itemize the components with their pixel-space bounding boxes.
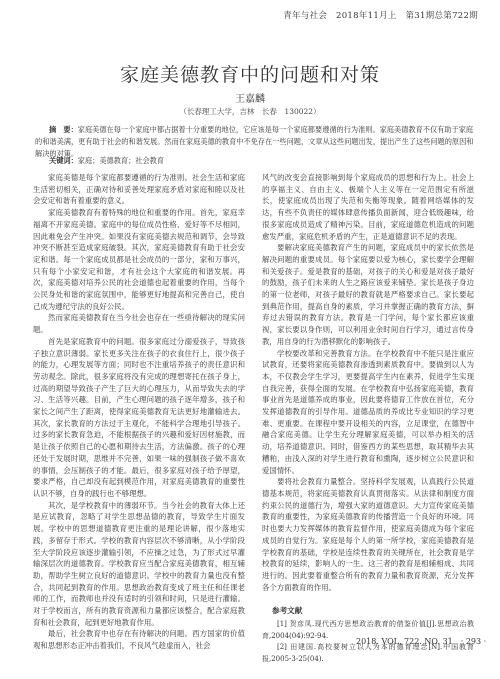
paragraph: 要解决家庭美德教育产生的问题，家庭成员中的家长依然是解决问题的重要成员。每个家庭… (262, 242, 474, 347)
paragraph: 要将社会教育力量整合。坚持科学发展观，认真践行公民道德基本规范，将家庭美德教育认… (262, 476, 474, 593)
paragraph: 风气的改变会直接影响到每个家庭成员的思想和行为上。社会上的享福主义、自由主义、极… (262, 172, 474, 242)
abstract: 摘 要：家庭美德在每一个家庭中都占据着十分重要的地位，它应该是每一个家庭都要遵循… (35, 124, 475, 160)
left-column: 家庭美德是每个家庭都要遵循的行为准则。社会生活和家庭生活密切相关，正确对待和妥善… (33, 172, 245, 652)
keywords: 关键词：家庭；美德教育；社会教育 (49, 156, 164, 166)
author-affiliation: （长春理工大学，吉林 长春 130022） (0, 106, 500, 117)
paragraph: 其次，是学校教育中的薄弱环节。当今社会的教育大体上还是应试教育，忽略了对学生思想… (33, 500, 245, 629)
paragraph: 最后，社会教育中也存在有待解决的问题。西方国家的价值观和思想形态正冲击着我们，不… (33, 628, 245, 651)
paragraph: 然而家庭美德教育在当今社会也存在一些亟待解决的现实问题。 (33, 312, 245, 335)
paragraph: 家庭美德教育有着特殊的地位和重要的作用。首先，家庭幸福离不开家庭美德。家庭中的每… (33, 207, 245, 312)
running-head: 青年与社会 2018年11月上 第31期总第722期 (283, 9, 478, 21)
keywords-label: 关键词： (49, 156, 78, 165)
page-footer: 2018. VOL. 722. NO. 31 · 293 · (356, 636, 486, 647)
abstract-text: 家庭美德在每一个家庭中都占据着十分重要的地位，它应该是每一个家庭都要遵循的行为准… (35, 125, 473, 158)
article-title: 家庭美德教育中的问题和对策 (0, 60, 500, 87)
paragraph: 首先是家庭教育中的问题。很多家庭过分溺爱孩子，导致孩子独立意识薄弱。家长更多关注… (33, 336, 245, 500)
keywords-text: 家庭；美德教育；社会教育 (78, 156, 164, 165)
paragraph: 学校要改革和完善教育方法。在学校教育中不能只是注重应试教育，还要将家庭美德教育渗… (262, 348, 474, 477)
right-column: 风气的改变会直接影响到每个家庭成员的思想和行为上。社会上的享福主义、自由主义、极… (262, 172, 474, 665)
references-heading: 参考文献 (272, 605, 474, 617)
abstract-label: 摘 要： (49, 125, 78, 134)
paragraph: 家庭美德是每个家庭都要遵循的行为准则。社会生活和家庭生活密切相关，正确对待和妥善… (33, 172, 245, 207)
author-name: 王嘉麟 (0, 90, 500, 105)
